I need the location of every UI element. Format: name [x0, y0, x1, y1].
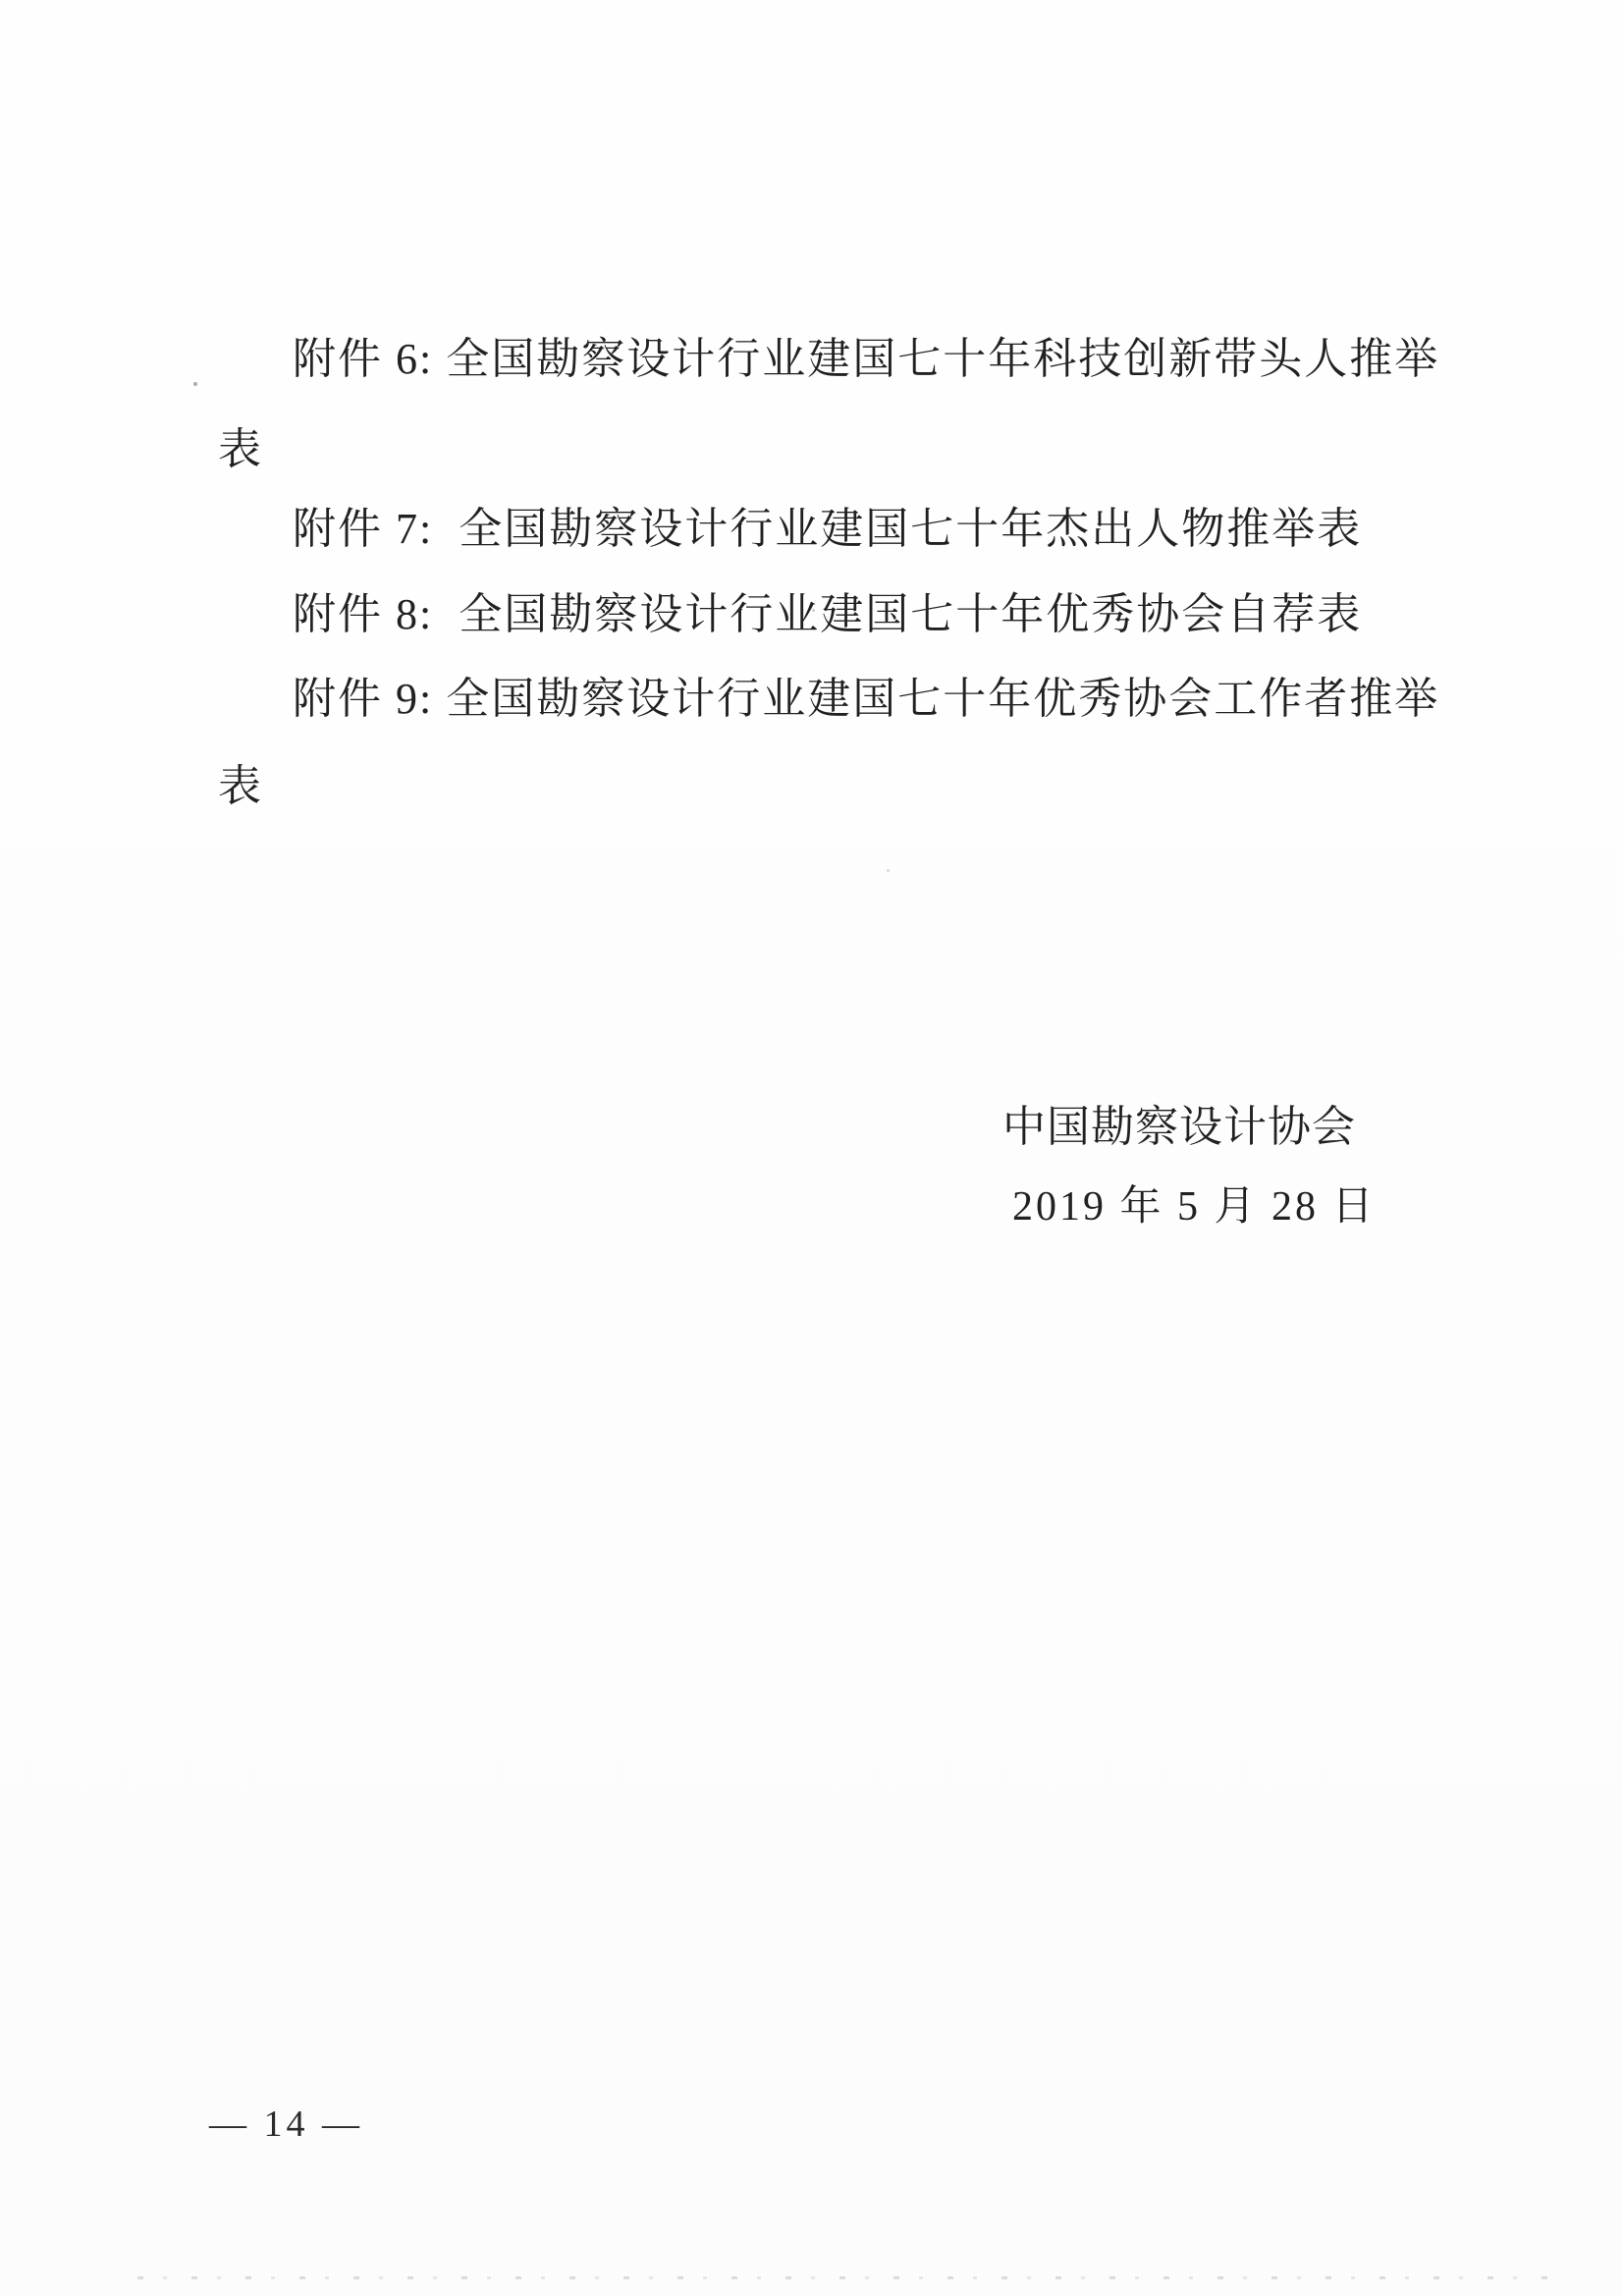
signature-organization: 中国勘察设计协会 [1002, 1106, 1356, 1149]
attachment-line-9-continuation: 表 [218, 765, 263, 808]
scan-speck [193, 382, 197, 386]
scan-speck [887, 869, 890, 872]
attachment-line-7: 附件 7: 全国勘察设计行业建国七十年杰出人物推举表 [293, 508, 1362, 551]
signature-date: 2019 年 5 月 28 日 [1012, 1186, 1377, 1228]
attachment-line-6: 附件 6: 全国勘察设计行业建国七十年科技创新带头人推举 [293, 338, 1439, 381]
attachment-line-8: 附件 8: 全国勘察设计行业建国七十年优秀协会自荐表 [293, 593, 1362, 636]
scan-speck [812, 609, 815, 612]
page-number: — 14 — [209, 2105, 363, 2143]
document-page: 附件 6: 全国勘察设计行业建国七十年科技创新带头人推举 表 附件 7: 全国勘… [0, 0, 1623, 2296]
attachment-line-9: 附件 9: 全国勘察设计行业建国七十年优秀协会工作者推举 [293, 678, 1439, 721]
attachment-line-6-continuation: 表 [218, 428, 263, 471]
scan-artifact-strip [137, 2276, 1564, 2279]
